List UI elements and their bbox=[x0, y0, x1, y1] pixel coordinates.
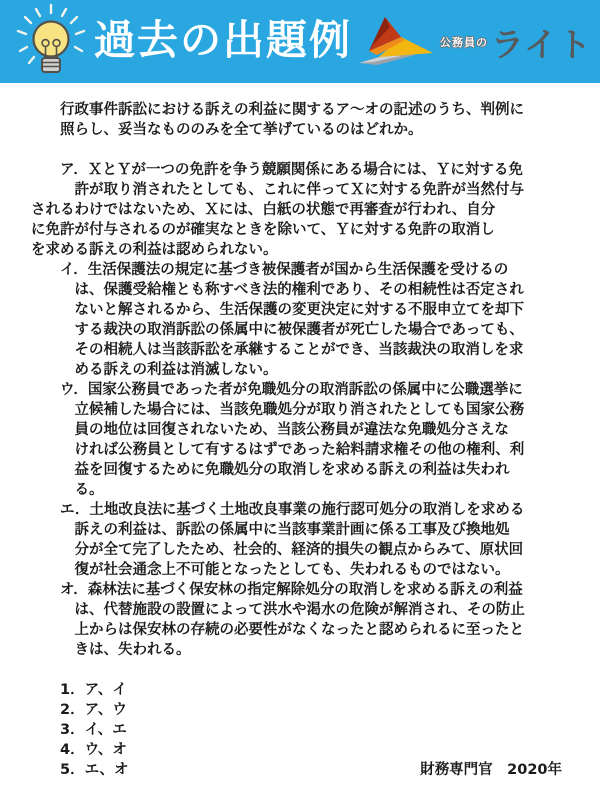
text-line: 訴えの利益は、訴訟の係属中に当該事業計画に係る工事及び換地処 bbox=[75, 520, 587, 540]
text-line: 許が取り消されたとしても、これに伴ってＸに対する免許が当然付与 bbox=[75, 180, 587, 200]
text-line: 2．ア、ウ bbox=[60, 700, 586, 720]
page: 過去の出題例 公務員の ライト 行政事件訴訟における訴えの利益に関するア〜オの記… bbox=[0, 0, 600, 800]
text-line: は、代替施設の設置によって洪水や渇水の危険が解消され、その防止 bbox=[75, 600, 587, 620]
brand-logo: 公務員の ライト bbox=[357, 6, 592, 78]
text-line: 分が全て完了したため、社会的、経済的損失の観点からみて、原状回 bbox=[75, 540, 587, 560]
text-line: 1．ア、イ bbox=[60, 680, 586, 700]
text-line bbox=[31, 140, 586, 160]
page-title: 過去の出題例 bbox=[94, 20, 352, 61]
text-line: は、保護受給権とも称すべき法的権利であり、その相続性は否定され bbox=[75, 280, 587, 300]
header: 過去の出題例 公務員の ライト bbox=[0, 0, 600, 83]
text-line: る。 bbox=[75, 480, 587, 500]
lightbulb-icon bbox=[14, 2, 88, 82]
text-line: されるわけではないため、Ｘには、白紙の状態で再審査が行われ、自分 bbox=[31, 200, 586, 220]
text-line: その相続人は当該訴訟を承継することができ、当該裁決の取消しを求 bbox=[75, 340, 587, 360]
brand-small-label: 公務員の bbox=[440, 34, 488, 50]
text-line: 照らし、妥当なもののみを全て挙げているのはどれか。 bbox=[60, 120, 586, 140]
text-line: ア．ＸとＹが一つの免許を争う競願関係にある場合には、Ｙに対する免 bbox=[60, 160, 586, 180]
source-label: 財務専門官 2020年 bbox=[420, 760, 562, 780]
text-line: を求める訴えの利益は認められない。 bbox=[31, 240, 586, 260]
text-line: オ．森林法に基づく保安林の指定解除処分の取消しを求める訴えの利益 bbox=[60, 580, 586, 600]
text-line: 復が社会通念上不可能となったとしても、失われるものではない。 bbox=[75, 560, 587, 580]
text-line: 益を回復するために免職処分の取消しを求める訴えの利益は失われ bbox=[75, 460, 587, 480]
text-line bbox=[31, 660, 586, 680]
text-line: イ．生活保護法の規定に基づき被保護者が国から生活保護を受けるの bbox=[60, 260, 586, 280]
text-line: 立候補した場合には、当該免職処分が取り消されたとしても国家公務 bbox=[75, 400, 587, 420]
text-line: に免許が付与されるのが確実なときを除いて、Ｙに対する免許の取消し bbox=[31, 220, 586, 240]
text-line: きは、失われる。 bbox=[75, 640, 587, 660]
text-line: 行政事件訴訟における訴えの利益に関するア〜オの記述のうち、判例に bbox=[60, 100, 586, 120]
text-line: ければ公務員として有するはずであった給料請求権その他の権利、利 bbox=[75, 440, 587, 460]
text-line: 3．イ、エ bbox=[60, 720, 586, 740]
text-line: 上からは保安林の存続の必要性がなくなったと認められるに至ったと bbox=[75, 620, 587, 640]
text-line: 4．ウ、オ bbox=[60, 740, 586, 760]
text-line: エ．土地改良法に基づく土地改良事業の施行認可処分の取消しを求める bbox=[60, 500, 586, 520]
text-line: ウ．国家公務員であった者が免職処分の取消訴訟の係属中に公職選挙に bbox=[60, 380, 586, 400]
brand-large-label: ライト bbox=[491, 19, 592, 66]
paper-airplane-icon bbox=[357, 15, 435, 69]
text-line: 員の地位は回復されないため、当該公務員が違法な免職処分さえな bbox=[75, 420, 587, 440]
text-line: する裁決の取消訴訟の係属中に被保護者が死亡した場合であっても、 bbox=[75, 320, 587, 340]
text-line: める訴えの利益は消滅しない。 bbox=[75, 360, 587, 380]
text-line: ないと解されるから、生活保護の変更決定に対する不服申立てを却下 bbox=[75, 300, 587, 320]
question-area: 行政事件訴訟における訴えの利益に関するア〜オの記述のうち、判例に照らし、妥当なも… bbox=[31, 100, 586, 780]
